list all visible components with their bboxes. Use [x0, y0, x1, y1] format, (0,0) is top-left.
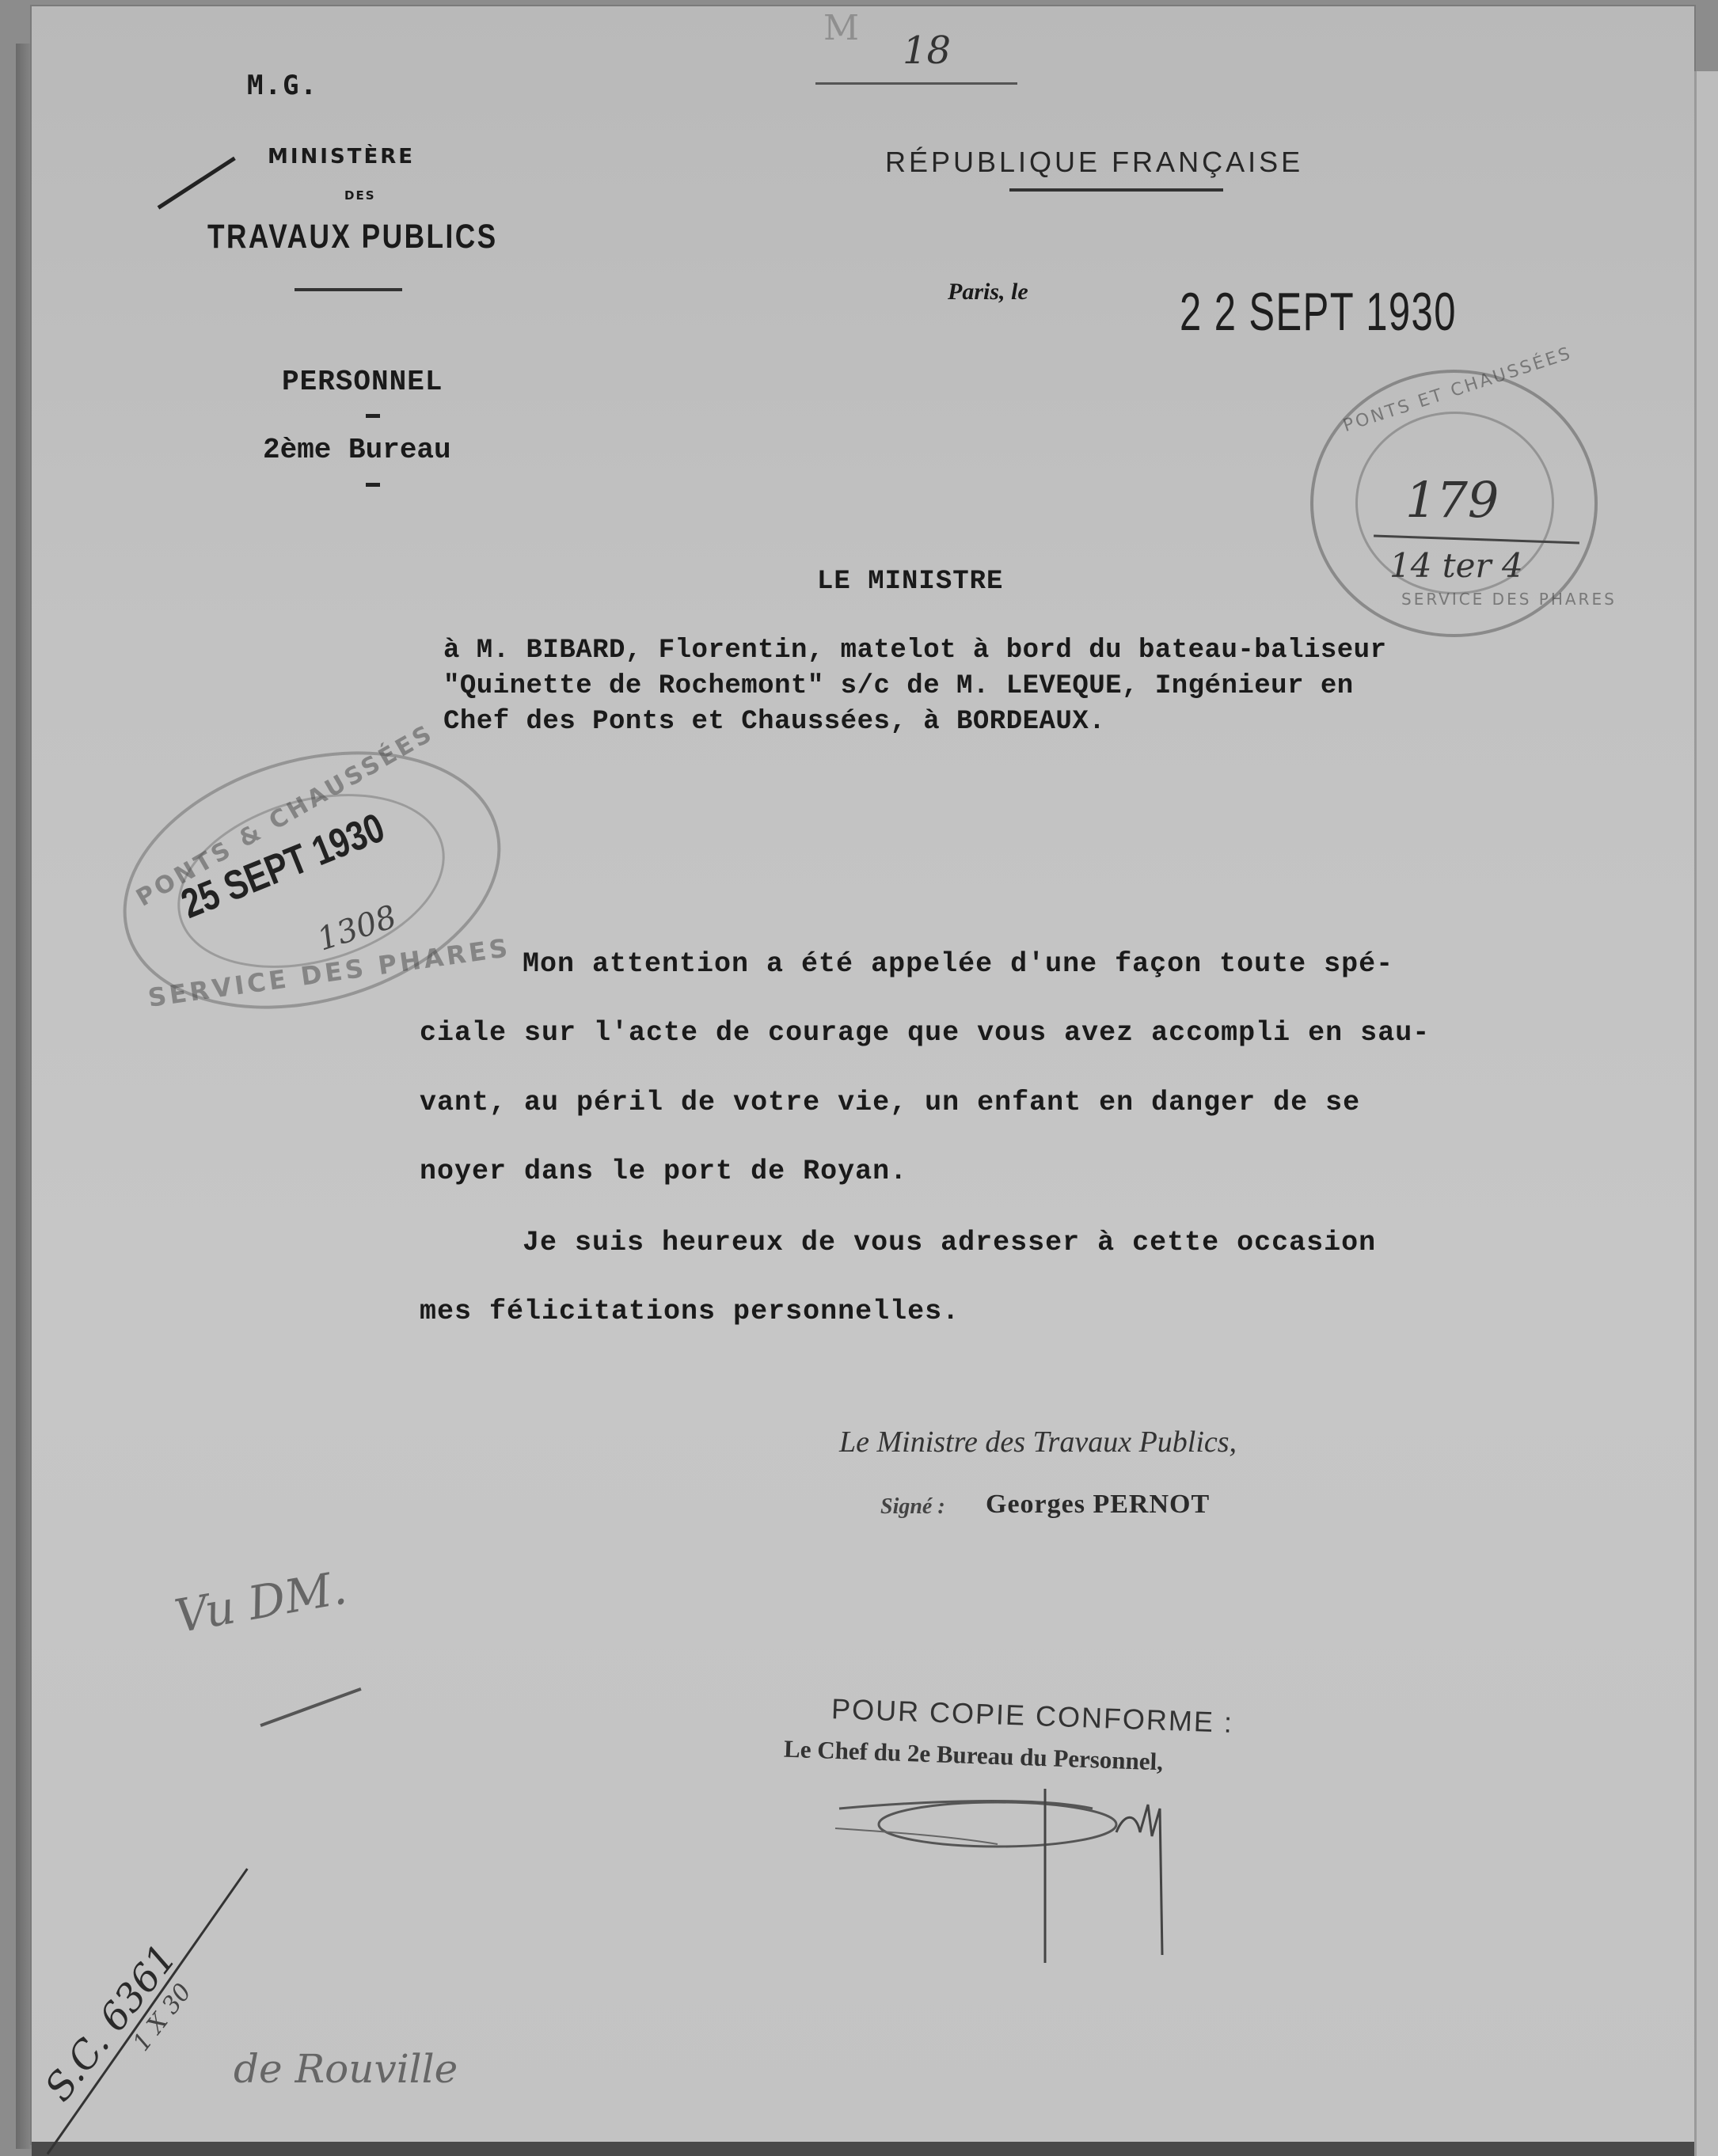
header-rule-right [1009, 188, 1223, 192]
folio-number: 18 [903, 28, 951, 73]
body-line: mes félicitations personnelles. [420, 1296, 960, 1327]
vu-text: Vu [171, 1580, 239, 1643]
country-heading: RÉPUBLIQUE FRANÇAISE [885, 146, 1303, 179]
ministry-line-3: TRAVAUX PUBLICS [207, 218, 498, 256]
bureau-label: 2ème Bureau [263, 434, 451, 466]
round-stamp-sub-number: 14 ter 4 [1389, 546, 1523, 585]
pencil-mark: M [823, 8, 859, 48]
addressee-line: à M. BIBARD, Florentin, matelot à bord d… [443, 636, 1387, 666]
sender-heading: LE MINISTRE [817, 567, 1003, 597]
place-label: Paris, le [948, 279, 1028, 306]
ministry-line-1: MINISTÈRE [268, 145, 415, 169]
addressee-line: "Quinette de Rochemont" s/c de M. LEVEQU… [443, 671, 1354, 701]
header-rule-left [295, 288, 402, 291]
body-line: Je suis heureux de vous adresser à cette… [523, 1227, 1376, 1258]
ministry-line-2: DES [344, 188, 376, 203]
dash-separator [366, 483, 380, 487]
round-stamp-number: 179 [1405, 471, 1499, 529]
signatory-name: Georges PERNOT [986, 1490, 1210, 1520]
folio-underline [815, 82, 1017, 85]
body-line: Mon attention a été appelée d'une façon … [523, 948, 1393, 980]
addressee-line: Chef des Ponts et Chaussées, à BORDEAUX. [443, 707, 1105, 737]
signed-label: Signé : [880, 1494, 945, 1520]
right-page-edge [1694, 71, 1718, 2156]
signatory-title: Le Ministre des Travaux Publics, [839, 1425, 1237, 1459]
round-stamp-bottom-text: SERVICE DES PHARES [1401, 590, 1617, 609]
bottom-page-edge [32, 2142, 1694, 2156]
dash-separator [366, 414, 380, 418]
initials-mg: M.G. [247, 70, 318, 101]
department-label: PERSONNEL [282, 366, 443, 398]
body-line: vant, au péril de votre vie, un enfant e… [420, 1087, 1360, 1118]
underlying-page-edge [16, 44, 33, 2149]
body-line: noyer dans le port de Royan. [420, 1156, 907, 1187]
handwritten-name: de Rouville [234, 2046, 458, 2092]
body-line: ciale sur l'acte de courage que vous ave… [420, 1017, 1430, 1049]
date-stamp: 2 2 SEPT 1930 [1180, 281, 1457, 343]
handwritten-signature-icon [831, 1789, 1243, 1979]
